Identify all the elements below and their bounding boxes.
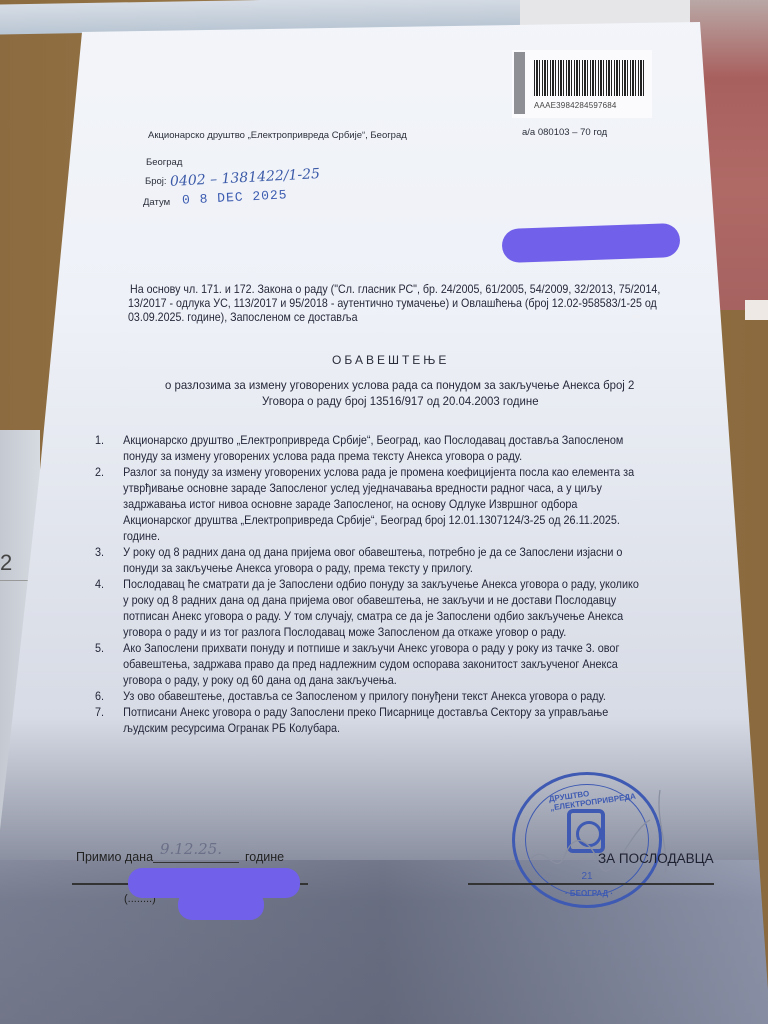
received-date-line xyxy=(153,862,239,863)
list-item-line: потписан Анекс уговора о раду. У том слу… xyxy=(123,608,757,624)
employer-label: ЗА ПОСЛОДАВЦА xyxy=(598,851,714,866)
list-item-number: 6. xyxy=(95,688,104,704)
list-item-number: 4. xyxy=(95,576,104,592)
number-label: Број: xyxy=(145,176,167,187)
stamp-ring-bottom: · БЕОГРАД · xyxy=(565,889,613,898)
list-item-line: Уз ово обавештење, доставља се Запослено… xyxy=(123,688,757,704)
list-item-line: утврђивање основне зараде Запосленог усл… xyxy=(123,480,757,496)
received-suffix: године xyxy=(245,850,284,864)
city: Београд xyxy=(146,157,182,168)
subtitle-line-1: о разлозима за измену уговорених услова … xyxy=(165,378,634,392)
company-name: Акционарско друштво „Електропривреда Срб… xyxy=(148,130,407,141)
signature-scribble-icon xyxy=(520,780,680,890)
date-stamp: 0 8 DEC 2025 xyxy=(182,187,288,208)
list-item-number: 5. xyxy=(95,640,104,656)
subtitle-line-2: Уговора о раду број 13516/917 од 20.04.2… xyxy=(262,394,539,408)
list-item: 6.Уз ово обавештење, доставља се Запосле… xyxy=(95,688,757,704)
list-item: 3.У року од 8 радних дана од дана пријем… xyxy=(95,544,757,576)
list-item-line: у року од 8 радних дана од дана пријема … xyxy=(123,592,757,608)
list-item-number: 7. xyxy=(95,704,104,720)
list-item: 4.Послодавац ће сматрати да је Запослени… xyxy=(95,576,757,640)
list-item-line: уговора о раду и из тог разлога Послодав… xyxy=(123,624,757,640)
list-item-line: Разлог за понуду за измену уговорених ус… xyxy=(123,464,757,480)
barcode-label: AAAE3984284597684 xyxy=(512,50,652,118)
list-item-line: У року од 8 радних дана од дана пријема … xyxy=(123,544,757,560)
document-number: 0402 – 1381422/1-25 xyxy=(170,166,321,190)
list-item-number: 1. xyxy=(95,432,104,448)
list-item-line: Послодавац ће сматрати да је Запослени о… xyxy=(123,576,757,592)
list-item-number: 3. xyxy=(95,544,104,560)
barcode-strip xyxy=(514,52,525,114)
preamble-line-2: 13/2017 - одлука УС, 113/2017 и 95/2018 … xyxy=(128,297,657,310)
list-item-line: Акционарско друштво „Електропривреда Срб… xyxy=(123,432,757,448)
list-item-line: понуди за закључење Анекса уговора о рад… xyxy=(123,560,757,576)
preamble-line-1: На основу чл. 171. и 172. Закона о раду … xyxy=(130,283,660,296)
barcode-number: AAAE3984284597684 xyxy=(534,101,617,110)
document-page: AAAE3984284597684 Акционарско друштво „Е… xyxy=(0,0,768,1024)
redacted-employee-caption xyxy=(178,890,264,920)
list-item-line: људским ресурсима Огранак РБ Колубара. xyxy=(123,720,757,736)
document-title: ОБАВЕШТЕЊЕ xyxy=(332,353,449,367)
received-label: Примио дана xyxy=(76,850,153,864)
list-item-line: задржавања истог нивоа основне зараде За… xyxy=(123,496,757,512)
list-item-line: Ако Запослени прихвати понуду и потпише … xyxy=(123,640,757,656)
employer-signature-line xyxy=(468,883,714,885)
numbered-list: 1.Акционарско друштво „Електропривреда С… xyxy=(95,432,735,736)
preamble-line-3: 03.09.2025. године), Запосленом се доста… xyxy=(128,311,358,324)
background-drawing-edge xyxy=(745,300,768,320)
barcode-icon xyxy=(534,60,644,96)
received-date: 9.12.25. xyxy=(160,840,222,858)
list-item: 7.Потписани Анекс уговора о раду Запосле… xyxy=(95,704,757,736)
date-label: Датум xyxy=(143,197,170,208)
list-item-line: обавештења, задржава право да пред надле… xyxy=(123,656,757,672)
list-item-line: Акционарског друштва „Електропривреда Ср… xyxy=(123,512,757,528)
redacted-recipient xyxy=(501,223,680,263)
list-item-line: године. xyxy=(123,528,757,544)
background-rule xyxy=(0,580,28,581)
list-item: 1.Акционарско друштво „Електропривреда С… xyxy=(95,432,757,464)
list-item-line: Потписани Анекс уговора о раду Запослени… xyxy=(123,704,757,720)
list-item-line: понуду за измену уговорених услова рада … xyxy=(123,448,757,464)
list-item-number: 2. xyxy=(95,464,104,480)
list-item: 2.Разлог за понуду за измену уговорених … xyxy=(95,464,757,544)
list-item: 5.Ако Запослени прихвати понуду и потпиш… xyxy=(95,640,757,688)
background-fragment-text: 2 xyxy=(0,550,12,576)
archive-code: а/а 080103 – 70 год xyxy=(522,127,607,138)
list-item-line: уговора о раду, у року од 60 дана од дан… xyxy=(123,672,757,688)
